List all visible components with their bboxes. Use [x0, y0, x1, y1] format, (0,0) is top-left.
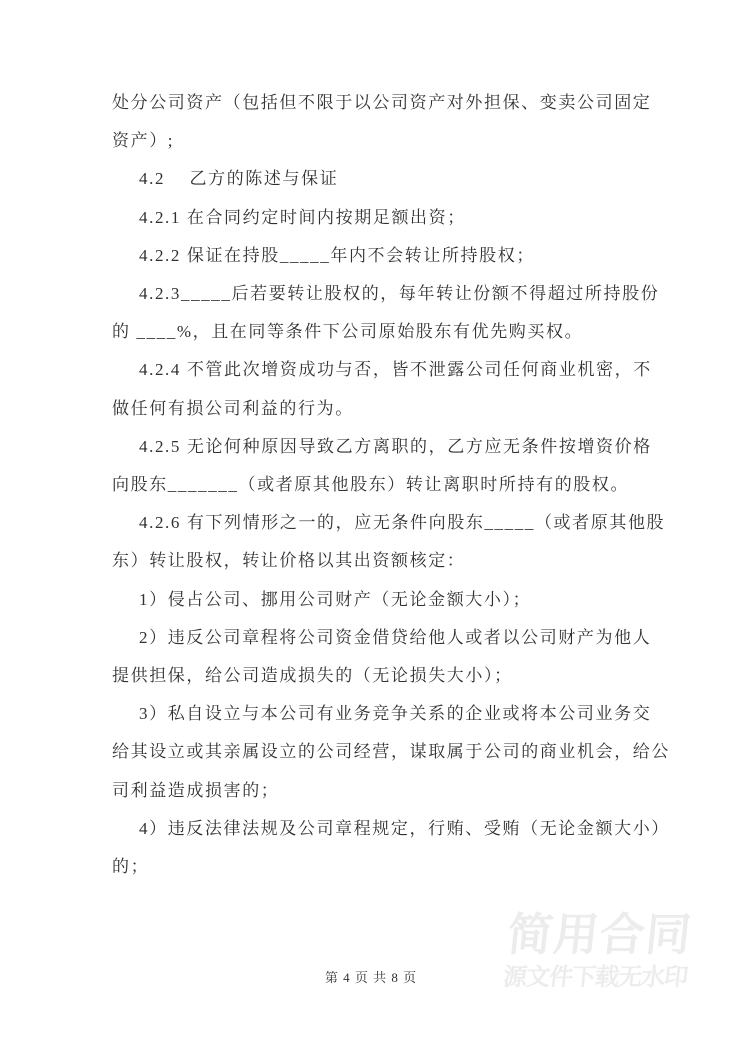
text-line: 4.2 乙方的陈述与保证: [112, 160, 657, 198]
text-line: 4）违反法律法规及公司章程规定，行贿、受贿（无论金额大小）: [112, 810, 657, 848]
paragraph: 4.2.5 无论何种原因导致乙方离职的，乙方应无条件按增资价格向股东______…: [112, 428, 657, 504]
text-line: 司利益造成损害的；: [112, 772, 657, 810]
text-line: 的；: [112, 848, 657, 886]
text-line: 4.2.5 无论何种原因导致乙方离职的，乙方应无条件按增资价格: [112, 428, 657, 466]
text-line: 向股东_______（或者原其他股东）转让离职时所持有的股权。: [112, 466, 657, 504]
paragraph: 3）私自设立与本公司有业务竞争关系的企业或将本公司业务交给其设立或其亲属设立的公…: [112, 695, 657, 810]
paragraph: 4.2.6 有下列情形之一的，应无条件向股东_____（或者原其他股东）转让股权…: [112, 504, 657, 580]
paragraph: 4.2.1 在合同约定时间内按期足额出资；: [112, 199, 657, 237]
paragraph: 1）侵占公司、挪用公司财产（无论金额大小）；: [112, 581, 657, 619]
text-line: 的 ____%，且在同等条件下公司原始股东有优先购买权。: [112, 313, 657, 351]
watermark: 简用合同 源文件下载无水印: [502, 912, 694, 990]
text-line: 2）违反公司章程将公司资金借贷给他人或者以公司财产为他人: [112, 619, 657, 657]
document-page: 处分公司资产（包括但不限于以公司资产对外担保、变卖公司固定资产）;4.2 乙方的…: [0, 0, 742, 1049]
watermark-title: 简用合同: [505, 912, 694, 958]
watermark-subtitle: 源文件下载无水印: [502, 965, 689, 990]
text-line: 东）转让股权，转让价格以其出资额核定：: [112, 542, 657, 580]
text-line: 4.2.2 保证在持股_____年内不会转让所持股权；: [112, 237, 657, 275]
paragraph: 4.2 乙方的陈述与保证: [112, 160, 657, 198]
paragraph: 4.2.4 不管此次增资成功与否，皆不泄露公司任何商业机密，不做任何有损公司利益…: [112, 351, 657, 427]
text-line: 给其设立或其亲属设立的公司经营，谋取属于公司的商业机会，给公: [112, 733, 657, 771]
document-body: 处分公司资产（包括但不限于以公司资产对外担保、变卖公司固定资产）;4.2 乙方的…: [112, 84, 657, 886]
text-line: 3）私自设立与本公司有业务竞争关系的企业或将本公司业务交: [112, 695, 657, 733]
text-line: 做任何有损公司利益的行为。: [112, 390, 657, 428]
paragraph: 4）违反法律法规及公司章程规定，行贿、受贿（无论金额大小）的；: [112, 810, 657, 886]
paragraph: 4.2.2 保证在持股_____年内不会转让所持股权；: [112, 237, 657, 275]
paragraph: 2）违反公司章程将公司资金借贷给他人或者以公司财产为他人提供担保，给公司造成损失…: [112, 619, 657, 695]
paragraph: 处分公司资产（包括但不限于以公司资产对外担保、变卖公司固定资产）;: [112, 84, 657, 160]
paragraph: 4.2.3_____后若要转让股权的，每年转让份额不得超过所持股份的 ____%…: [112, 275, 657, 351]
text-line: 处分公司资产（包括但不限于以公司资产对外担保、变卖公司固定: [112, 84, 657, 122]
text-line: 提供担保，给公司造成损失的（无论损失大小）；: [112, 657, 657, 695]
text-line: 4.2.6 有下列情形之一的，应无条件向股东_____（或者原其他股: [112, 504, 657, 542]
text-line: 4.2.3_____后若要转让股权的，每年转让份额不得超过所持股份: [112, 275, 657, 313]
text-line: 资产）;: [112, 122, 657, 160]
text-line: 4.2.4 不管此次增资成功与否，皆不泄露公司任何商业机密，不: [112, 351, 657, 389]
text-line: 4.2.1 在合同约定时间内按期足额出资；: [112, 199, 657, 237]
text-line: 1）侵占公司、挪用公司财产（无论金额大小）；: [112, 581, 657, 619]
